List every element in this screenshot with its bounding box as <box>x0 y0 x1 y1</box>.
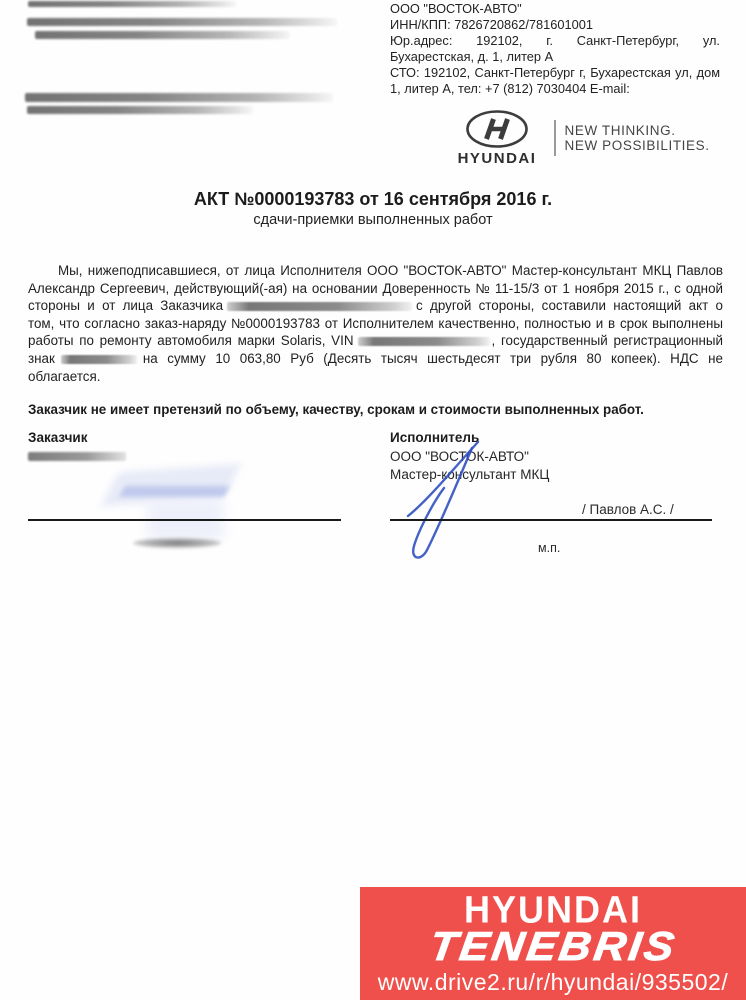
redaction-bar <box>28 1 236 7</box>
slogan-line-1: NEW THINKING. <box>565 123 710 139</box>
stamp-place-label: м.п. <box>538 541 560 555</box>
act-body-paragraph: Мы, нижеподписавшиеся, от лица Исполните… <box>28 262 723 385</box>
redaction-bar <box>27 18 337 26</box>
customer-name-smudge <box>133 538 221 548</box>
hyundai-logo-block: HYUNDAI NEW THINKING. NEW POSSIBILITIES. <box>446 106 710 170</box>
redaction-reg-plate <box>61 355 137 364</box>
banner-title: TENEBRIS <box>427 928 679 965</box>
company-info-block: ООО "ВОСТОК-АВТО" ИНН/КПП: 7826720862/78… <box>390 1 720 97</box>
hyundai-wordmark: HYUNDAI <box>458 150 537 167</box>
company-sto-address: СТО: 192102, Санкт-Петербург г, Бухарест… <box>390 65 720 97</box>
page-title: АКТ №0000193783 от 16 сентября 2016 г. <box>0 189 746 210</box>
redaction-bar <box>27 106 253 114</box>
hyundai-oval-icon <box>465 109 529 149</box>
contractor-signature-line <box>390 519 712 521</box>
hyundai-logo: HYUNDAI <box>446 109 548 167</box>
redaction-bar <box>25 93 333 102</box>
redaction-customer-name <box>227 302 412 311</box>
page-subtitle: сдачи-приемки выполненных работ <box>0 212 746 228</box>
hyundai-slogan: NEW THINKING. NEW POSSIBILITIES. <box>565 123 710 154</box>
customer-signature-smudge <box>119 486 229 497</box>
banner-brand: HYUNDAI <box>464 892 642 928</box>
contractor-signature <box>398 428 490 566</box>
banner-url: www.drive2.ru/r/hyundai/935502/ <box>378 969 728 995</box>
redaction-bar <box>35 31 290 39</box>
contractor-name: / Павлов А.С. / <box>582 502 674 517</box>
customer-label: Заказчик <box>28 430 87 445</box>
document-page: ООО "ВОСТОК-АВТО" ИНН/КПП: 7826720862/78… <box>0 0 746 1000</box>
company-name: ООО "ВОСТОК-АВТО" <box>390 1 720 17</box>
company-legal-address: Юр.адрес: 192102, г. Санкт-Петербург, ул… <box>390 33 720 65</box>
redaction-vin <box>358 337 490 346</box>
no-claims-statement: Заказчик не имеет претензий по объему, к… <box>28 402 728 417</box>
watermark-banner: HYUNDAI TENEBRIS www.drive2.ru/r/hyundai… <box>360 887 746 1000</box>
customer-signature-line <box>28 519 341 521</box>
logo-divider <box>554 120 556 156</box>
redaction-customer-signature-name <box>28 452 126 461</box>
slogan-line-2: NEW POSSIBILITIES. <box>565 138 710 154</box>
company-inn-kpp: ИНН/КПП: 7826720862/781601001 <box>390 17 720 33</box>
